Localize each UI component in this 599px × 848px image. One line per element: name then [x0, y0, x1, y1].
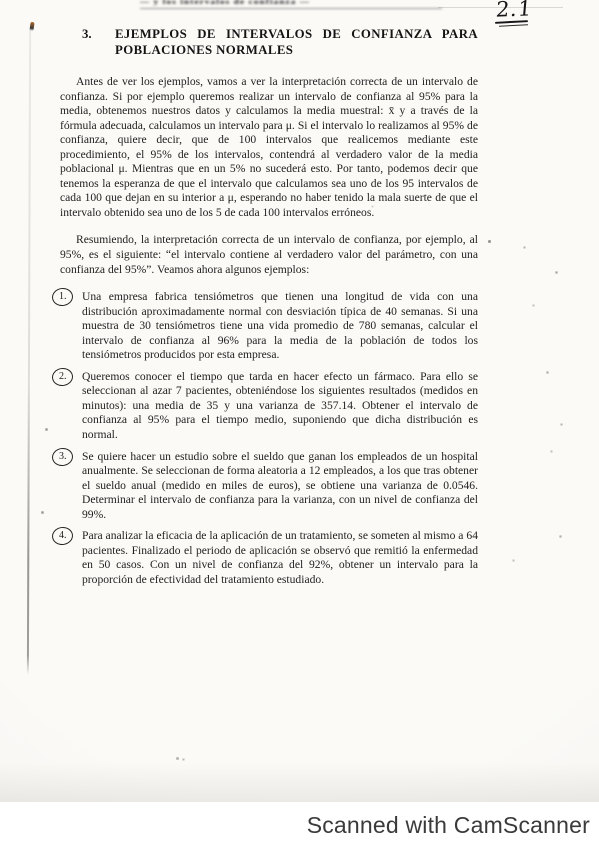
scanned-page: — y los intervalos de confianza — 2.1 3.…: [0, 0, 599, 848]
cropped-header-artifact: — y los intervalos de confianza —: [140, 0, 442, 9]
item-text: Queremos conocer el tiempo que tarda en …: [82, 370, 478, 441]
document-content: 3. EJEMPLOS DE INTERVALOS DE CONFIANZA P…: [60, 26, 478, 595]
item-text: Se quiere hacer un estudio sobre el suel…: [82, 450, 478, 521]
exercise-list: 1. Una empresa fabrica tensiómetros que …: [60, 290, 478, 587]
section-number: 3.: [82, 26, 115, 58]
camscanner-footer: Scanned with CamScanner: [0, 802, 599, 848]
summary-paragraph: Resumiendo, la interpretación correcta d…: [60, 233, 478, 277]
item-text: Para analizar la eficacia de la aplicaci…: [82, 529, 478, 586]
item-number-circle: 2.: [51, 367, 74, 387]
item-number: 2.: [59, 370, 67, 385]
section-title: EJEMPLOS DE INTERVALOS DE CONFIANZA PARA…: [115, 26, 478, 58]
exercise-item-4: 4. Para analizar la eficacia de la aplic…: [60, 529, 478, 587]
exercise-item-3: 3. Se quiere hacer un estudio sobre el s…: [60, 450, 478, 523]
handwritten-page-number: 2.1: [495, 0, 534, 22]
intro-paragraph: Antes de ver los ejemplos, vamos a ver l…: [60, 75, 478, 220]
item-number: 1.: [59, 290, 67, 305]
item-text: Una empresa fabrica tensiómetros que tie…: [82, 290, 478, 361]
exercise-item-1: 1. Una empresa fabrica tensiómetros que …: [60, 290, 478, 363]
item-number: 3.: [59, 449, 67, 464]
camscanner-footer-label: Scanned with CamScanner: [307, 812, 590, 839]
section-heading: 3. EJEMPLOS DE INTERVALOS DE CONFIANZA P…: [60, 26, 478, 58]
item-number: 4.: [59, 529, 67, 544]
exercise-item-2: 2. Queremos conocer el tiempo que tarda …: [60, 370, 478, 443]
scan-specks: [0, 0, 1, 1]
